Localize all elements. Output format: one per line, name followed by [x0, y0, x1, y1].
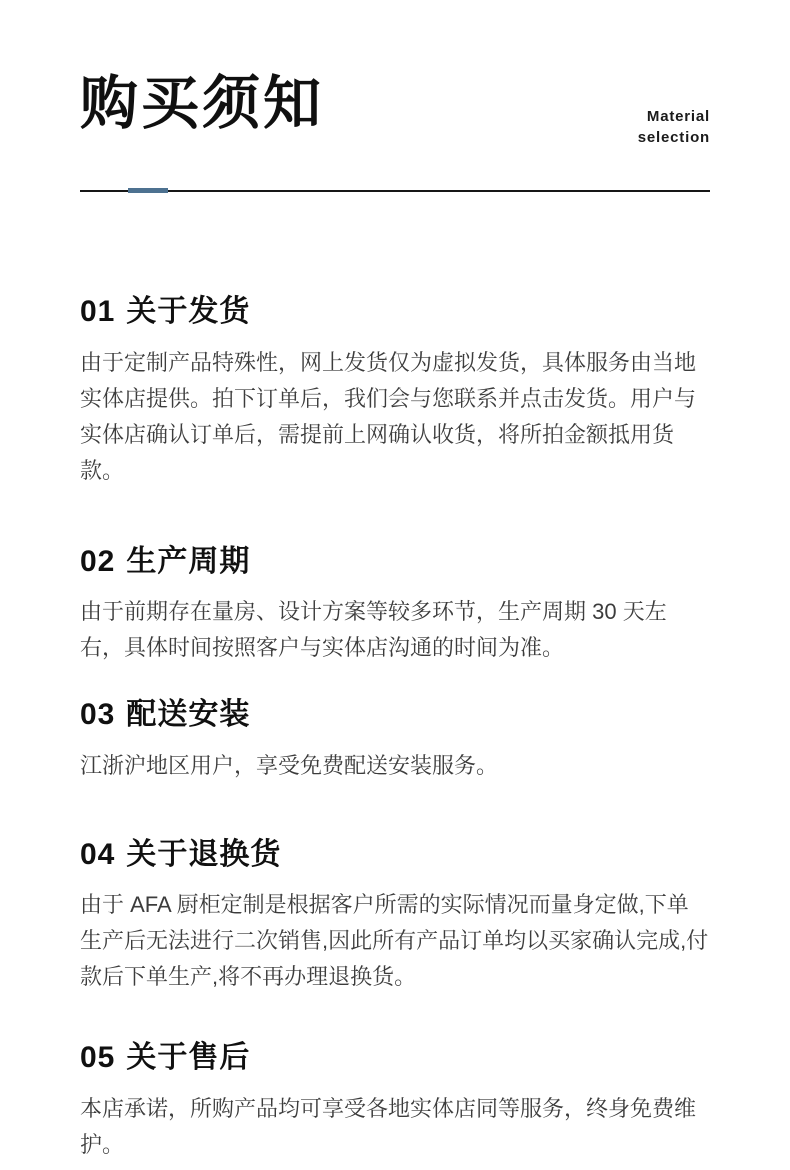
- section-heading: 01关于发货: [80, 293, 710, 331]
- divider-line: [80, 190, 710, 192]
- subtitle-line-2: selection: [638, 127, 710, 149]
- subtitle-line-1: Material: [638, 106, 710, 128]
- section-body: 由于 AFA 厨柜定制是根据客户所需的实际情况而量身定做,下单生产后无法进行二次…: [80, 887, 710, 995]
- section-number: 03: [80, 698, 115, 731]
- subtitle-en: Material selection: [638, 106, 710, 150]
- section-shipping: 01关于发货 由于定制产品特殊性，网上发货仅为虚拟发货，具体服务由当地实体店提供…: [80, 293, 710, 489]
- section-number: 05: [80, 1041, 115, 1074]
- divider-accent-bar: [128, 188, 168, 193]
- section-body: 本店承诺，所购产品均可享受各地实体店同等服务，终身免费维护。: [80, 1091, 710, 1163]
- section-heading: 05关于售后: [80, 1039, 710, 1077]
- section-title: 关于退换货: [126, 838, 281, 871]
- section-production-cycle: 02生产周期 由于前期存在量房、设计方案等较多环节，生产周期 30 天左右，具体…: [80, 543, 710, 667]
- section-returns: 04关于退换货 由于 AFA 厨柜定制是根据客户所需的实际情况而量身定做,下单生…: [80, 836, 710, 996]
- purchase-notice-page: 购买须知 Material selection 01关于发货 由于定制产品特殊性…: [0, 0, 790, 1170]
- page-title: 购买须知: [80, 75, 710, 133]
- section-body: 由于前期存在量房、设计方案等较多环节，生产周期 30 天左右，具体时间按照客户与…: [80, 594, 710, 666]
- section-title: 生产周期: [126, 545, 250, 578]
- section-heading: 02生产周期: [80, 543, 710, 581]
- section-title: 配送安装: [126, 698, 250, 731]
- section-body: 江浙沪地区用户，享受免费配送安装服务。: [80, 748, 710, 784]
- section-number: 02: [80, 545, 115, 578]
- section-number: 01: [80, 295, 115, 328]
- section-heading: 03配送安装: [80, 696, 710, 734]
- section-after-sales: 05关于售后 本店承诺，所购产品均可享受各地实体店同等服务，终身免费维护。: [80, 1039, 710, 1163]
- section-heading: 04关于退换货: [80, 836, 710, 874]
- divider: [80, 188, 710, 193]
- section-title: 关于发货: [126, 295, 250, 328]
- section-body: 由于定制产品特殊性，网上发货仅为虚拟发货，具体服务由当地实体店提供。拍下订单后，…: [80, 345, 710, 489]
- section-delivery-install: 03配送安装 江浙沪地区用户，享受免费配送安装服务。: [80, 696, 710, 784]
- page-header: 购买须知 Material selection: [80, 75, 710, 133]
- section-title: 关于售后: [126, 1041, 250, 1074]
- sections-container: 01关于发货 由于定制产品特殊性，网上发货仅为虚拟发货，具体服务由当地实体店提供…: [80, 293, 710, 1163]
- section-number: 04: [80, 838, 115, 871]
